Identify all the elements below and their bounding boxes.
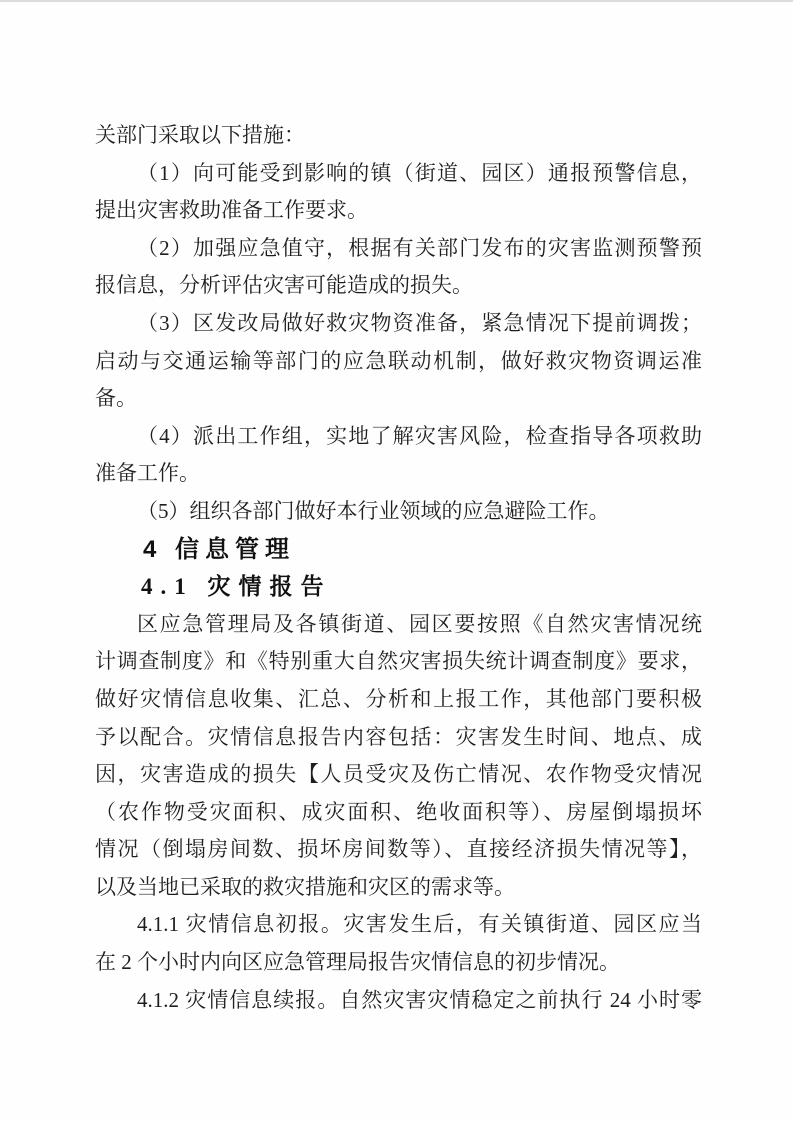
document-page: 关部门采取以下措施：（1）向可能受到影响的镇（街道、园区）通报预警信息，提出灾害…: [0, 0, 793, 1122]
text-line: 关部门采取以下措施：: [95, 117, 702, 155]
text-line: 区应急管理局及各镇街道、园区要按照《自然灾害情况统: [95, 606, 702, 644]
text-line: 4.1.2 灾情信息续报。自然灾害灾情稳定之前执行 24 小时零: [95, 982, 702, 1020]
text-line: 报信息，分析评估灾害可能造成的损失。: [95, 267, 702, 305]
text-line: 4.1.1 灾情信息初报。灾害发生后，有关镇街道、园区应当: [95, 906, 702, 944]
text-line: 予以配合。灾情信息报告内容包括：灾害发生时间、地点、成: [95, 719, 702, 757]
text-line: 计调查制度》和《特别重大自然灾害损失统计调查制度》要求，: [95, 643, 702, 681]
text-line: 情况（倒塌房间数、损坏房间数等）、直接经济损失情况等】，: [95, 831, 702, 869]
text-line: 做好灾情信息收集、汇总、分析和上报工作，其他部门要积极: [95, 681, 702, 719]
text-line: 启动与交通运输等部门的应急联动机制，做好救灾物资调运准: [95, 343, 702, 381]
text-line: （农作物受灾面积、成灾面积、绝收面积等）、房屋倒塌损坏: [95, 794, 702, 832]
text-line: 因，灾害造成的损失【人员受灾及伤亡情况、农作物受灾情况: [95, 756, 702, 794]
text-line: （2）加强应急值守，根据有关部门发布的灾害监测预警预: [95, 230, 702, 268]
text-line: （3）区发改局做好救灾物资准备，紧急情况下提前调拨；: [95, 305, 702, 343]
text-line: （4）派出工作组，实地了解灾害风险，检查指导各项救助: [95, 418, 702, 456]
text-line: 在 2 个小时内向区应急管理局报告灾情信息的初步情况。: [95, 944, 702, 982]
section-heading: 4 信息管理: [95, 531, 702, 569]
text-line: 提出灾害救助准备工作要求。: [95, 192, 702, 230]
text-line: （5）组织各部门做好本行业领域的应急避险工作。: [95, 493, 702, 531]
section-heading: 4.1 灾情报告: [95, 568, 702, 606]
text-line: 以及当地已采取的救灾措施和灾区的需求等。: [95, 869, 702, 907]
text-line: （1）向可能受到影响的镇（街道、园区）通报预警信息，: [95, 155, 702, 193]
text-line: 备。: [95, 380, 702, 418]
text-column: 关部门采取以下措施：（1）向可能受到影响的镇（街道、园区）通报预警信息，提出灾害…: [95, 117, 702, 1019]
text-line: 准备工作。: [95, 455, 702, 493]
scan-artifact-top-edge: [0, 0, 793, 2]
